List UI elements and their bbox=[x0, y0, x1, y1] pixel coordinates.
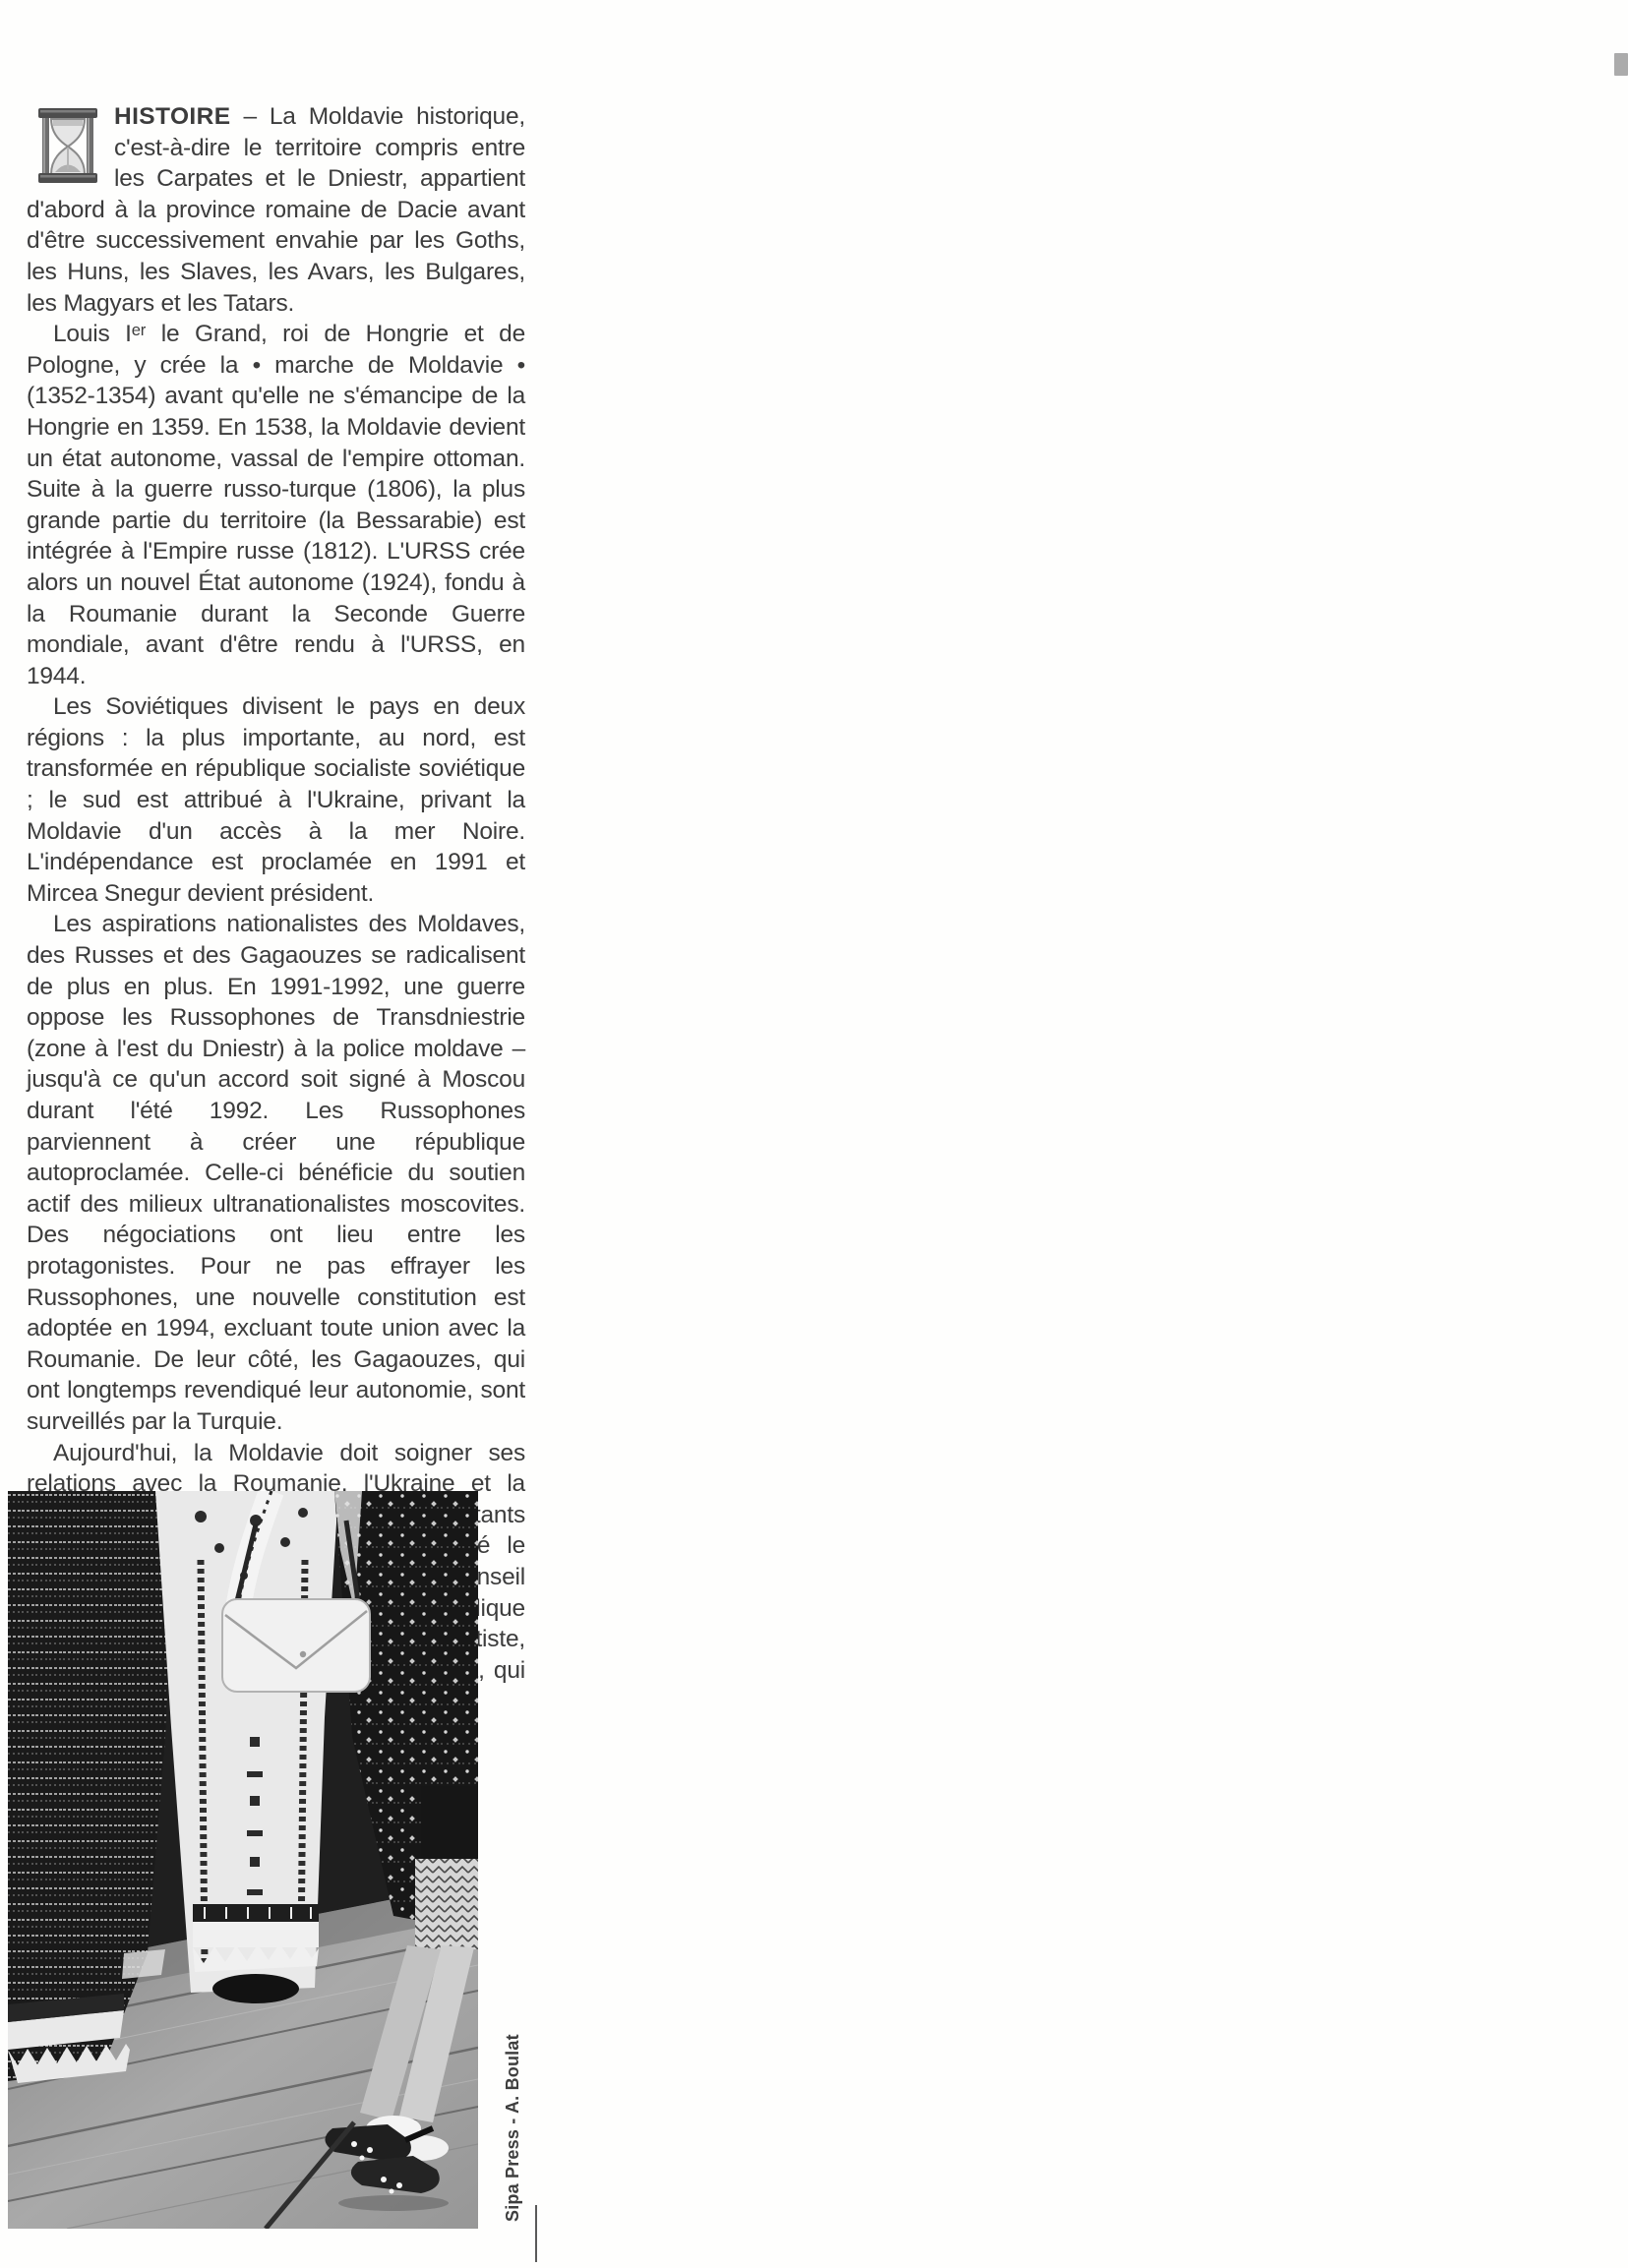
scanned-document-page: HISTOIRE – La Moldavie historique, c'est… bbox=[0, 0, 1628, 2268]
paragraph-soviet-division: Les Soviétiques divisent le pays en deux… bbox=[27, 691, 525, 909]
photo-credit: Sipa Press - A. Boulat bbox=[503, 2034, 523, 2222]
hourglass-icon bbox=[36, 106, 99, 185]
article-heading: HISTOIRE bbox=[114, 103, 230, 130]
paragraph-text: – La Moldavie historique, c'est-à-dire l… bbox=[27, 103, 525, 317]
paragraph-history-intro: HISTOIRE – La Moldavie historique, c'est… bbox=[27, 101, 525, 319]
photo-traditional-costumes bbox=[8, 1491, 478, 2229]
history-article: HISTOIRE – La Moldavie historique, c'est… bbox=[27, 101, 525, 1717]
scan-mark bbox=[1614, 53, 1628, 76]
paragraph-nationalism: Les aspirations nationalistes des Moldav… bbox=[27, 909, 525, 1437]
paragraph-medieval-history: Louis Iᵉʳ le Grand, roi de Hongrie et de… bbox=[27, 319, 525, 691]
credit-tick-mark bbox=[535, 2205, 537, 2262]
